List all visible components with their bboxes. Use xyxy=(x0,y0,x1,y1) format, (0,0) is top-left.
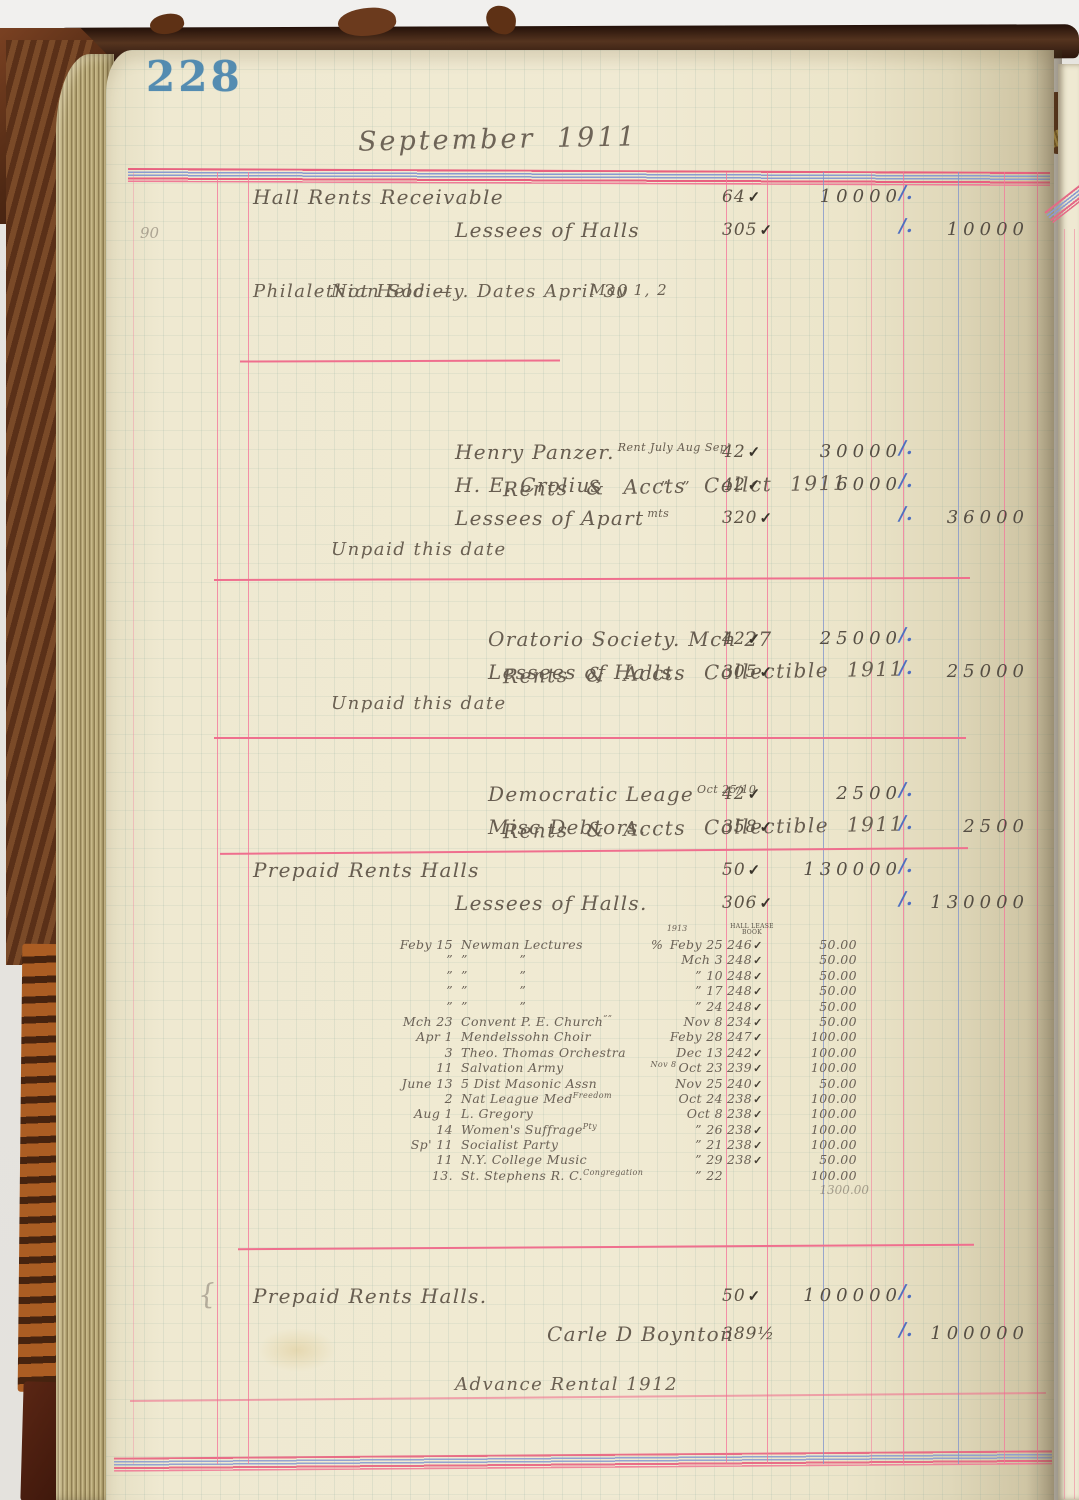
ledger-section: Rents & Accts Collct 1911Henry Panzer.Re… xyxy=(217,396,1037,539)
credit-amount: 130000 xyxy=(929,892,1037,913)
detail-amount: 100.00 xyxy=(779,1106,857,1121)
detail-amount: 100.00 xyxy=(779,1137,857,1152)
detail-row: 11Salvation ArmyNov 8Oct 23239✓100.00 xyxy=(217,1060,1037,1075)
posted-check-icon: ∕. xyxy=(899,470,925,492)
detail-ref-date: Oct 24 xyxy=(637,1091,723,1106)
ledger-row: Lessees of Halls305✓∕.10000 xyxy=(217,218,1037,251)
ditto-marks: ”” xyxy=(660,478,703,496)
debit-amount: 6000 xyxy=(752,474,912,495)
check-icon: ✓ xyxy=(753,1031,763,1044)
check-icon: ✓ xyxy=(759,221,773,239)
detail-folio: 238✓ xyxy=(727,1137,781,1152)
folio-cell: 305✓ xyxy=(722,662,794,682)
note-text: Advance Rental 1912 xyxy=(455,1374,678,1398)
folio-cell: 320✓ xyxy=(722,508,794,528)
credit-amount: 2500 xyxy=(929,816,1037,837)
ledger-row: Lessees of Halls.305✓∕.25000 xyxy=(217,660,1037,693)
check-icon: ✓ xyxy=(753,1139,763,1152)
ledger-row: Hall Rents Receivable64✓10000∕. xyxy=(217,185,1037,218)
detail-ref-date: % Feby 25 xyxy=(637,937,723,952)
detail-folio: 239✓ xyxy=(727,1060,781,1075)
check-icon: ✓ xyxy=(753,1124,763,1137)
description-cell: Misc Debtors. xyxy=(488,815,647,839)
check-icon: ✓ xyxy=(759,663,773,681)
check-icon: ✓ xyxy=(753,985,763,998)
detail-ref-date: Feby 28 xyxy=(637,1029,723,1044)
description-cell: Lessees of Apartmts xyxy=(455,506,669,530)
posted-check-icon: ∕. xyxy=(899,624,925,646)
note-text: May 1, 2 xyxy=(590,281,668,305)
description-cell: Lessees of Halls xyxy=(455,218,640,242)
description-cell: Hall Rents Receivable xyxy=(253,185,504,209)
ledger-section: Rents & Accts Collectible 1911Democratic… xyxy=(217,738,1037,848)
posted-check-icon: ∕. xyxy=(899,1319,925,1341)
description-cell: Carle D Boynton xyxy=(547,1322,734,1346)
ledger-row: Prepaid Rents Halls50✓130000∕. xyxy=(217,858,1037,891)
detail-date: 3 xyxy=(357,1045,453,1060)
detail-date: Apr 1 xyxy=(357,1029,453,1044)
ledger-section: Rents & Accts Collectible 1911Oratorio S… xyxy=(217,583,1037,693)
credit-amount: 100000 xyxy=(929,1323,1037,1344)
posted-check-icon: ∕. xyxy=(899,437,925,459)
ledger-row: Henry Panzer.Rent July Aug Sep'42✓30000∕… xyxy=(217,440,1037,473)
detail-row: ”” ”” 17248✓50.00 xyxy=(217,983,1037,998)
check-icon: ✓ xyxy=(759,818,773,836)
detail-amount: 50.00 xyxy=(779,983,857,998)
posted-check-icon: ∕. xyxy=(899,812,925,834)
detail-ref-date: ” 29 xyxy=(637,1152,723,1167)
detail-ref-date: ” 22 xyxy=(637,1168,723,1183)
credit-amount: 36000 xyxy=(929,507,1037,528)
column-rule-pink xyxy=(1074,229,1075,1499)
check-icon: ✓ xyxy=(753,1093,763,1106)
posted-check-icon: ∕. xyxy=(899,657,925,679)
detail-date: ” xyxy=(357,983,453,998)
description-cell: Democratic LeageOct 25/10 xyxy=(488,782,756,806)
debit-amount: 30000 xyxy=(752,441,912,462)
gutter-shadow xyxy=(1026,50,1062,1500)
superscript-note: Freedom xyxy=(573,1091,612,1100)
check-icon: ✓ xyxy=(753,939,763,952)
detail-date: June 13 xyxy=(357,1076,453,1091)
detail-folio: 248✓ xyxy=(727,983,781,998)
detail-ref-date: Dec 13 xyxy=(637,1045,723,1060)
credit-amount: 25000 xyxy=(929,661,1037,682)
detail-ref-date: ” 17 xyxy=(637,983,723,998)
ledger-row: Prepaid Rents Halls.50✓100000∕. xyxy=(217,1284,1037,1322)
detail-row: 2Nat League MedFreedomOct 24238✓100.00 xyxy=(217,1091,1037,1106)
next-page-sliver xyxy=(1058,64,1079,1500)
ledger-page: 228 September 1911 90 { Hall Rents Recei… xyxy=(106,50,1054,1500)
detail-folio: 248✓ xyxy=(727,999,781,1014)
detail-ref-date: ” 21 xyxy=(637,1137,723,1152)
ledger-row: Misc Debtors.358✓∕.2500 xyxy=(217,815,1037,848)
detail-ref-date: ” 10 xyxy=(637,968,723,983)
check-icon: ✓ xyxy=(753,1062,763,1075)
detail-date: 2 xyxy=(357,1091,453,1106)
description-cell: Lessees of Halls. xyxy=(488,660,681,684)
detail-row: Aug 1L. GregoryOct 8238✓100.00 xyxy=(217,1106,1037,1121)
column-rule-pink xyxy=(1064,229,1065,1499)
detail-date: Feby 15 xyxy=(357,937,453,952)
credit-amount: 10000 xyxy=(929,219,1037,240)
ledger-section: Prepaid Rents Halls.50✓100000∕.Carle D B… xyxy=(217,1284,1037,1360)
detail-date: ” xyxy=(357,968,453,983)
ledger-row: H. E. Crolius””42✓6000∕. xyxy=(217,473,1037,506)
detail-amount: 50.00 xyxy=(779,968,857,983)
detail-folio: 242✓ xyxy=(727,1045,781,1060)
detail-row: 14Women's SuffragePty” 26238✓100.00 xyxy=(217,1122,1037,1137)
detail-amount: 100.00 xyxy=(779,1060,857,1075)
description-cell: Henry Panzer.Rent July Aug Sep' xyxy=(455,440,731,464)
detail-date: Aug 1 xyxy=(357,1106,453,1121)
note-text: Not Held — xyxy=(331,281,453,305)
posted-check-icon: ∕. xyxy=(899,855,925,877)
posted-check-icon: ∕. xyxy=(899,779,925,801)
description-cell: Prepaid Rents Halls xyxy=(253,858,480,882)
debit-amount: 10000 xyxy=(752,186,912,207)
ledger-row: Oratorio Society. Mch 2742✓25000∕. xyxy=(217,627,1037,660)
check-icon: ✓ xyxy=(753,970,763,983)
detail-ref-date: Nov 8Oct 23 xyxy=(637,1060,723,1075)
detail-ref-date: ” 24 xyxy=(637,999,723,1014)
detail-folio: 238✓ xyxy=(727,1152,781,1167)
check-icon: ✓ xyxy=(753,954,763,967)
detail-amount: 100.00 xyxy=(779,1045,857,1060)
row-gap xyxy=(217,251,1037,281)
detail-date: 14 xyxy=(357,1122,453,1137)
pencil-brace-mark: { xyxy=(196,1277,217,1312)
detail-ref-date: Nov 8 xyxy=(637,1014,723,1029)
detail-folio: 238✓ xyxy=(727,1091,781,1106)
detail-ref-date: Oct 8 xyxy=(637,1106,723,1121)
detail-amount: 50.00 xyxy=(779,1014,857,1029)
posted-check-icon: ∕. xyxy=(899,182,925,204)
detail-folio: 247✓ xyxy=(727,1029,781,1044)
ledger-entries: Hall Rents Receivable64✓10000∕.Lessees o… xyxy=(217,50,1037,1500)
note-text: Unpaid this date xyxy=(331,539,507,563)
ledger-section: Prepaid Rents Halls50✓130000∕.Lessees of… xyxy=(217,858,1037,1199)
superscript-note: Nov 8 xyxy=(650,1060,676,1069)
detail-row: ”” ”” 10248✓50.00 xyxy=(217,968,1037,983)
debit-amount: 130000 xyxy=(752,859,912,880)
detail-column-headers: 1913HALL LEASE BOOK xyxy=(217,924,1037,937)
check-icon: ✓ xyxy=(753,1154,763,1167)
note-text: Unpaid this date xyxy=(331,693,507,717)
detail-date: ” xyxy=(357,952,453,967)
detail-folio: 248✓ xyxy=(727,952,781,967)
ledger-row: Democratic LeageOct 25/1042✓2500∕. xyxy=(217,782,1037,815)
folio-cell: 358✓ xyxy=(722,817,794,837)
detail-row: 3Theo. Thomas OrchestraDec 13242✓100.00 xyxy=(217,1045,1037,1060)
detail-folio: 238✓ xyxy=(727,1106,781,1121)
detail-row: Sp' 11Socialist Party” 21238✓100.00 xyxy=(217,1137,1037,1152)
check-icon: ✓ xyxy=(759,509,773,527)
detail-amount: 50.00 xyxy=(779,1076,857,1091)
superscript-note: ”” xyxy=(603,1014,612,1023)
ledger-photo: 228 September 1911 90 { Hall Rents Recei… xyxy=(0,0,1079,1500)
detail-amount: 100.00 xyxy=(779,1168,857,1183)
year-label: 1913 xyxy=(647,924,707,933)
detail-folio: 234✓ xyxy=(727,1014,781,1029)
superscript-note: Pty xyxy=(583,1122,597,1131)
detail-ref-date: Nov 25 xyxy=(637,1076,723,1091)
detail-folio: 246✓ xyxy=(727,937,781,952)
detail-date: Mch 23 xyxy=(357,1014,453,1029)
superscript-note: mts xyxy=(647,507,669,520)
detail-row: Mch 23Convent P. E. Church””Nov 8234✓50.… xyxy=(217,1014,1037,1029)
ledger-section: Hall Rents Receivable64✓10000∕.Lessees o… xyxy=(217,185,1037,281)
debit-amount: 25000 xyxy=(752,628,912,649)
description-cell: Prepaid Rents Halls. xyxy=(253,1284,487,1308)
ledger-row: Lessees of Apartmts320✓∕.36000 xyxy=(217,506,1037,539)
detail-amount: 100.00 xyxy=(779,1091,857,1106)
column-rule-pink xyxy=(133,172,134,1464)
detail-date: 11 xyxy=(357,1060,453,1075)
detail-folio: 238✓ xyxy=(727,1122,781,1137)
detail-amount: 50.00 xyxy=(779,1152,857,1167)
detail-date: Sp' 11 xyxy=(357,1137,453,1152)
description-cell: H. E. Crolius”” xyxy=(455,473,704,497)
detail-amount: 50.00 xyxy=(779,937,857,952)
pencil-margin-note: 90 xyxy=(140,224,159,242)
check-icon: ✓ xyxy=(753,1047,763,1060)
detail-date: ” xyxy=(357,999,453,1014)
posted-check-icon: ∕. xyxy=(899,1281,925,1303)
posted-check-icon: ∕. xyxy=(899,503,925,525)
detail-row: ”” ”Mch 3248✓50.00 xyxy=(217,952,1037,967)
detail-amount: 50.00 xyxy=(779,999,857,1014)
superscript-note: Rent July Aug Sep' xyxy=(618,441,731,454)
ledger-row: Lessees of Halls.306✓∕.130000 xyxy=(217,891,1037,924)
total-amount: 1300.00 xyxy=(777,1183,869,1197)
hall-lease-book-label: HALL LEASE BOOK xyxy=(723,924,781,936)
detail-folio: 248✓ xyxy=(727,968,781,983)
debit-amount: 100000 xyxy=(752,1285,912,1306)
detail-row: ”” ”” 24248✓50.00 xyxy=(217,999,1037,1014)
ledger-row: Carle D Boynton389½∕.100000 xyxy=(217,1322,1037,1360)
folio-cell: 306✓ xyxy=(722,893,794,913)
detail-ref-date: Mch 3 xyxy=(637,952,723,967)
folio-cell: 389½ xyxy=(722,1324,794,1344)
detail-ref-date: ” 26 xyxy=(637,1122,723,1137)
detail-row: 13.St. Stephens R. C.Congregation” 22100… xyxy=(217,1168,1037,1183)
detail-row: June 135 Dist Masonic AssnNov 25240✓50.0… xyxy=(217,1076,1037,1091)
detail-total: 1300.00 xyxy=(217,1183,1037,1199)
debit-amount: 2500 xyxy=(752,783,912,804)
check-icon: ✓ xyxy=(753,1108,763,1121)
detail-row: Apr 1Mendelssohn ChoirFeby 28247✓100.00 xyxy=(217,1029,1037,1044)
description-cell: Lessees of Halls. xyxy=(455,891,648,915)
detail-amount: 100.00 xyxy=(779,1029,857,1044)
detail-date: 13. xyxy=(357,1168,453,1183)
folio-cell: 305✓ xyxy=(722,220,794,240)
posted-check-icon: ∕. xyxy=(899,215,925,237)
check-icon: ✓ xyxy=(753,1001,763,1014)
posted-check-icon: ∕. xyxy=(899,888,925,910)
detail-row: 11N.Y. College Music” 29238✓50.00 xyxy=(217,1152,1037,1167)
detail-amount: 100.00 xyxy=(779,1122,857,1137)
check-icon: ✓ xyxy=(753,1016,763,1029)
detail-folio: 240✓ xyxy=(727,1076,781,1091)
check-icon: ✓ xyxy=(759,894,773,912)
check-icon: ✓ xyxy=(753,1078,763,1091)
superscript-note: Congregation xyxy=(583,1168,643,1177)
detail-amount: 50.00 xyxy=(779,952,857,967)
detail-date: 11 xyxy=(357,1152,453,1167)
detail-row: Feby 15Newman Lectures% Feby 25246✓50.00 xyxy=(217,937,1037,952)
